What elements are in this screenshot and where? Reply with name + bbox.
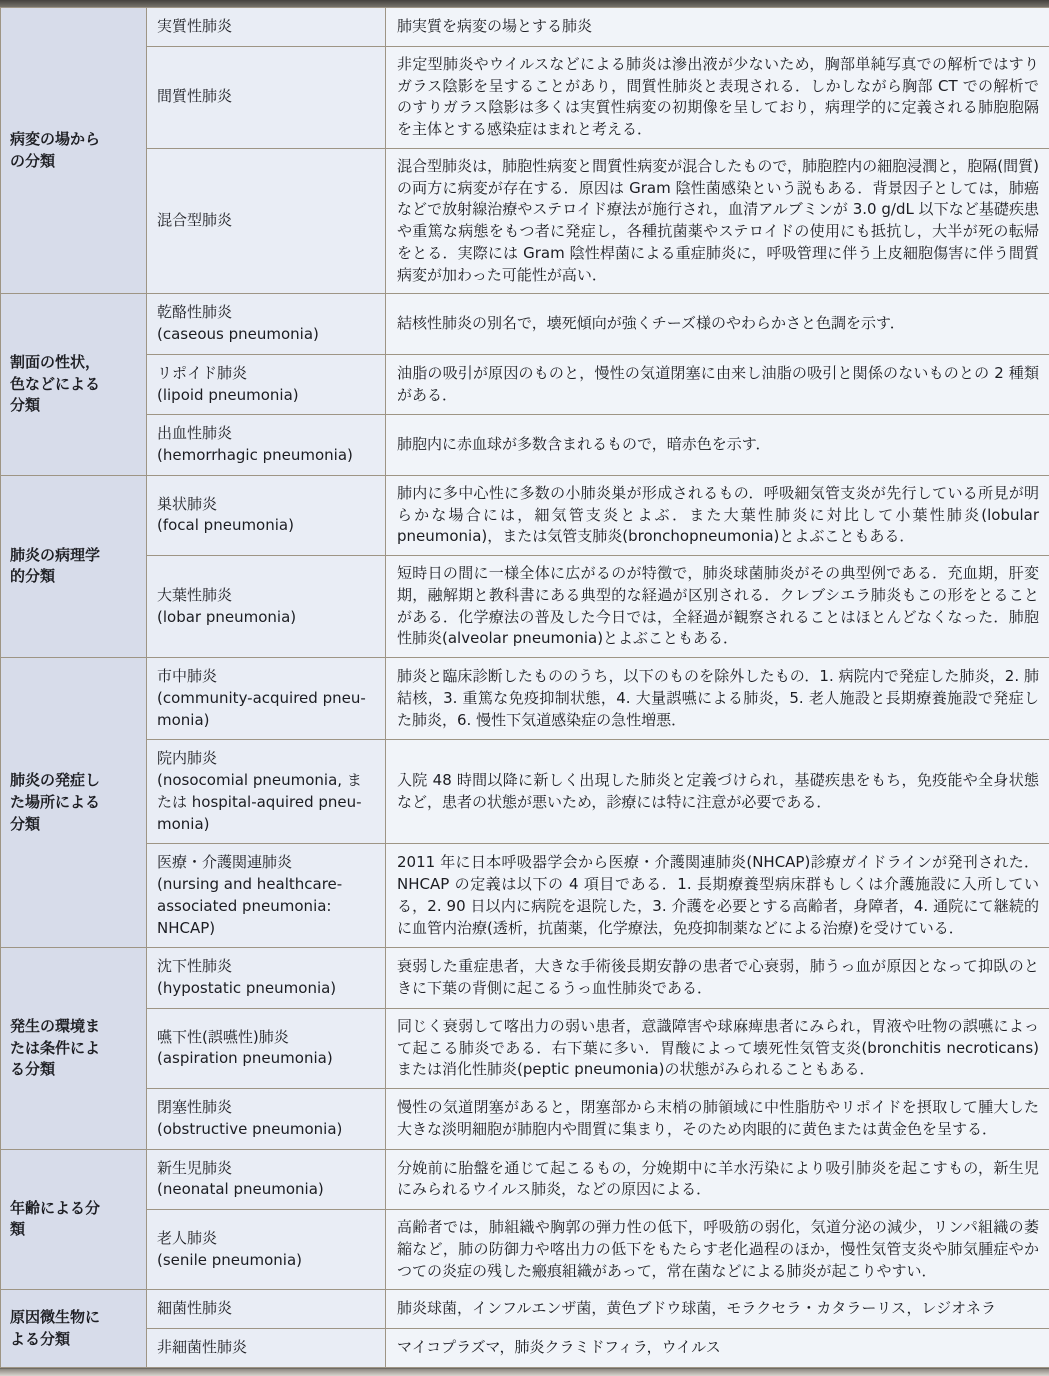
description-cell: 肺炎と臨床診断したもののうち，以下のものを除外したもの．1. 病院内で発症した肺… [386, 658, 1049, 740]
pneumonia-type-cell: 細菌性肺炎 [147, 1290, 386, 1329]
pneumonia-type-cell: 沈下性肺炎 (hypostatic pneumonia) [147, 948, 386, 1009]
description-cell: 高齢者では，肺組織や胸郭の弾力性の低下，呼吸筋の弱化，気道分泌の減少，リンパ組織… [386, 1210, 1049, 1290]
pneumonia-type-cell: 大葉性肺炎 (lobar pneumonia) [147, 556, 386, 658]
table-row: 間質性肺炎非定型肺炎やウイルスなどによる肺炎は滲出液が少ないため，胸部単純写真で… [1, 46, 1049, 148]
pneumonia-type-cell: 院内肺炎 (nosocomial pneumonia, ま たは hospita… [147, 740, 386, 844]
table-row: 年齢による分 類新生児肺炎 (neonatal pneumonia)分娩前に胎盤… [1, 1149, 1049, 1210]
table-row: 院内肺炎 (nosocomial pneumonia, ま たは hospita… [1, 740, 1049, 844]
description-cell: 肺内に多中心性に多数の小肺炎巣が形成されるもの．呼吸細気管支炎が先行している所見… [386, 475, 1049, 555]
category-cell: 原因微生物に よる分類 [1, 1290, 147, 1368]
table-row: 非細菌性肺炎マイコプラズマ，肺炎クラミドフィラ，ウイルス [1, 1329, 1049, 1368]
description-cell: 肺胞内に赤血球が多数含まれるもので，暗赤色を示す． [386, 415, 1049, 476]
pneumonia-type-cell: 老人肺炎 (senile pneumonia) [147, 1210, 386, 1290]
description-cell: 短時日の間に一様全体に広がるのが特徴で，肺炎球菌肺炎がその典型例である．充血期，… [386, 556, 1049, 658]
table-row: 閉塞性肺炎 (obstructive pneumonia)慢性の気道閉塞があると… [1, 1089, 1049, 1150]
table-row: 大葉性肺炎 (lobar pneumonia)短時日の間に一様全体に広がるのが特… [1, 556, 1049, 658]
table-row: 原因微生物に よる分類細菌性肺炎肺炎球菌，インフルエンザ菌，黄色ブドウ球菌，モラ… [1, 1290, 1049, 1329]
description-cell: 同じく衰弱して喀出力の弱い患者，意識障害や球麻痺患者にみられ，胃液や吐物の誤嚥に… [386, 1008, 1049, 1088]
category-cell: 発生の環境ま たは条件によ る分類 [1, 948, 147, 1149]
table-row: 肺炎の病理学 的分類巣状肺炎 (focal pneumonia)肺内に多中心性に… [1, 475, 1049, 555]
description-cell: 混合型肺炎は，肺胞性病変と間質性病変が混合したもので，肺胞腔内の細胞浸潤と，胞隔… [386, 148, 1049, 294]
table-row: 割面の性状， 色などによる 分類乾酪性肺炎 (caseous pneumonia… [1, 294, 1049, 355]
category-cell: 病変の場から の分類 [1, 8, 147, 294]
pneumonia-type-cell: 嚥下性(誤嚥性)肺炎 (aspiration pneumonia) [147, 1008, 386, 1088]
top-border-bar [0, 0, 1049, 7]
pneumonia-type-cell: 閉塞性肺炎 (obstructive pneumonia) [147, 1089, 386, 1150]
pneumonia-type-cell: 非細菌性肺炎 [147, 1329, 386, 1368]
pneumonia-type-cell: 出血性肺炎 (hemorrhagic pneumonia) [147, 415, 386, 476]
pneumonia-type-cell: リポイド肺炎 (lipoid pneumonia) [147, 354, 386, 415]
category-cell: 肺炎の発症し た場所による 分類 [1, 658, 147, 948]
description-cell: 入院 48 時間以降に新しく出現した肺炎と定義づけられ，基礎疾患をもち，免疫能や… [386, 740, 1049, 844]
description-cell: 2011 年に日本呼吸器学会から医療・介護関連肺炎(NHCAP)診療ガイドライン… [386, 844, 1049, 948]
table-row: 発生の環境ま たは条件によ る分類沈下性肺炎 (hypostatic pneum… [1, 948, 1049, 1009]
table-row: 嚥下性(誤嚥性)肺炎 (aspiration pneumonia)同じく衰弱して… [1, 1008, 1049, 1088]
description-cell: 肺実質を病変の場とする肺炎 [386, 8, 1049, 47]
table-row: 老人肺炎 (senile pneumonia)高齢者では，肺組織や胸郭の弾力性の… [1, 1210, 1049, 1290]
pneumonia-type-cell: 間質性肺炎 [147, 46, 386, 148]
description-cell: 衰弱した重症患者，大きな手術後長期安静の患者で心衰弱，肺うっ血が原因となって抑臥… [386, 948, 1049, 1009]
pneumonia-type-cell: 実質性肺炎 [147, 8, 386, 47]
bottom-border-bar [0, 1368, 1049, 1376]
pneumonia-classification-table: 病変の場から の分類実質性肺炎肺実質を病変の場とする肺炎間質性肺炎非定型肺炎やウ… [0, 7, 1049, 1368]
description-cell: 結核性肺炎の別名で，壊死傾向が強くチーズ様のやわらかさと色調を示す． [386, 294, 1049, 355]
pneumonia-type-cell: 乾酪性肺炎 (caseous pneumonia) [147, 294, 386, 355]
category-cell: 肺炎の病理学 的分類 [1, 475, 147, 657]
description-cell: 肺炎球菌，インフルエンザ菌，黄色ブドウ球菌，モラクセラ・カタラーリス，レジオネラ [386, 1290, 1049, 1329]
table-row: 出血性肺炎 (hemorrhagic pneumonia)肺胞内に赤血球が多数含… [1, 415, 1049, 476]
description-cell: 非定型肺炎やウイルスなどによる肺炎は滲出液が少ないため，胸部単純写真での解析では… [386, 46, 1049, 148]
description-cell: 分娩前に胎盤を通じて起こるもの，分娩期中に羊水汚染により吸引肺炎を起こすもの，新… [386, 1149, 1049, 1210]
pneumonia-type-cell: 市中肺炎 (community-acquired pneu- monia) [147, 658, 386, 740]
table-row: 医療・介護関連肺炎 (nursing and healthcare- assoc… [1, 844, 1049, 948]
pneumonia-type-cell: 新生児肺炎 (neonatal pneumonia) [147, 1149, 386, 1210]
pneumonia-type-cell: 巣状肺炎 (focal pneumonia) [147, 475, 386, 555]
description-cell: 慢性の気道閉塞があると，閉塞部から末梢の肺領域に中性脂肪やリポイドを摂取して腫大… [386, 1089, 1049, 1150]
category-cell: 割面の性状， 色などによる 分類 [1, 294, 147, 476]
description-cell: マイコプラズマ，肺炎クラミドフィラ，ウイルス [386, 1329, 1049, 1368]
table-row: 病変の場から の分類実質性肺炎肺実質を病変の場とする肺炎 [1, 8, 1049, 47]
pneumonia-type-cell: 混合型肺炎 [147, 148, 386, 294]
category-cell: 年齢による分 類 [1, 1149, 147, 1290]
description-cell: 油脂の吸引が原因のものと，慢性の気道閉塞に由来し油脂の吸引と関係のないものとの … [386, 354, 1049, 415]
table-row: リポイド肺炎 (lipoid pneumonia)油脂の吸引が原因のものと，慢性… [1, 354, 1049, 415]
pneumonia-type-cell: 医療・介護関連肺炎 (nursing and healthcare- assoc… [147, 844, 386, 948]
table-row: 肺炎の発症し た場所による 分類市中肺炎 (community-acquired… [1, 658, 1049, 740]
table-row: 混合型肺炎混合型肺炎は，肺胞性病変と間質性病変が混合したもので，肺胞腔内の細胞浸… [1, 148, 1049, 294]
